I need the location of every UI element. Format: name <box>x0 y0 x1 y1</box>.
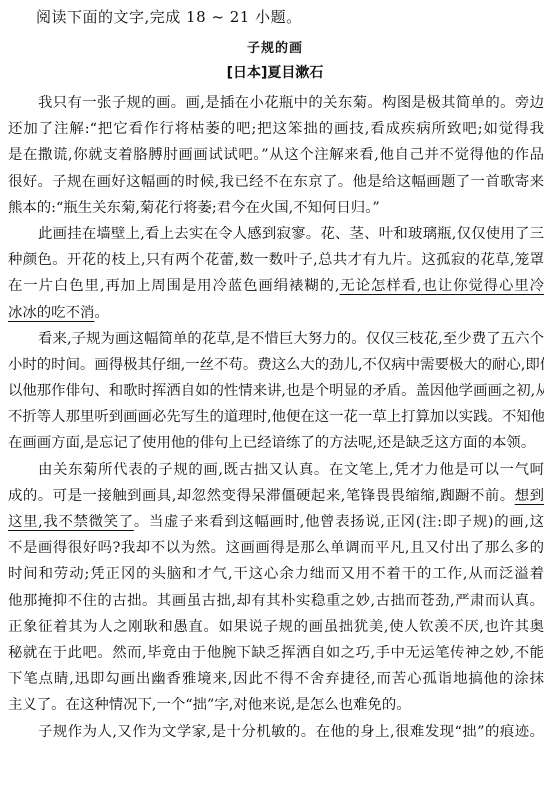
text-line: 还加了注解:“把它看作行将枯萎的吧;把这笨拙的画技,看成疾病所致吧;如觉得我 <box>8 116 544 142</box>
text-segment: 时间和劳动;凭正冈的头脑和才气,干这心余力绌而又用不着干的工作,从而泛溢着 <box>8 566 544 582</box>
document-page: 阅读下面的文字,完成 18 ~ 21 小题。 子规的画 [日本]夏目漱石 我只有… <box>0 0 550 788</box>
underlined-sentence: 这里,我不禁微笑了 <box>8 514 134 530</box>
text-line: 以他那作俳句、和歌时挥洒自如的性情来讲,也是个明显的矛盾。盖因他学画画之初,从 <box>8 378 544 404</box>
text-segment: 。当虚子来看到这幅画时,他曾表扬说,正冈(注:即子规)的画,这 <box>134 514 544 530</box>
text-segment: 在画画方面,是忘记了使用他的俳句上已经谙练了的方法呢,还是缺乏这方面的本领。 <box>8 435 535 451</box>
text-line: 熊本的:“瓶生关东菊,菊花行将萎;君今在火国,不知何日归。” <box>8 195 544 221</box>
text-segment: 在一片白色里,再加上周围是用冷蓝色画绢裱糊的, <box>8 278 340 294</box>
underlined-sentence: 无论怎样看,也让你觉得心里冷 <box>340 278 544 294</box>
text-segment: 下笔点睛,迅即勾画出幽香雅境来,因此不得不舍弃捷径,而苦心孤诣地搞他的涂抹 <box>8 671 544 687</box>
article-body: 我只有一张子规的画。画,是插在小花瓶中的关东菊。构图是极其简单的。旁边还加了注解… <box>8 90 544 745</box>
text-segment: 不折等人那里听到画画必先写生的道理时,他便在这一花一草上打算加以实践。不知他 <box>8 409 544 425</box>
text-line: 子规作为人,又作为文学家,是十分机敏的。在他的身上,很难发现“拙”的痕迹。 <box>8 719 544 745</box>
text-segment: 看来,子规为画这幅简单的花草,是不惜巨大努力的。仅仅三枝花,至少费了五六个 <box>38 331 544 347</box>
text-line: 由关东菊所代表的子规的画,既古拙又认真。在文笔上,凭才力他是可以一气呵 <box>8 457 544 483</box>
text-line: 很好。子规在画好这幅画的时候,我已经不在东京了。他是给这幅画题了一首歌寄来 <box>8 169 544 195</box>
text-segment: 成的。可是一接触到画具,却忽然变得呆滞僵硬起来,笔锋畏畏缩缩,踟蹰不前。 <box>8 488 515 504</box>
text-line: 在画画方面,是忘记了使用他的俳句上已经谙练了的方法呢,还是缺乏这方面的本领。 <box>8 430 544 456</box>
text-segment: 正象征着其为人之刚耿和愚直。如果说子规的画虽拙犹美,使人钦羡不厌,也许其奥 <box>8 619 544 635</box>
article-author: [日本]夏目漱石 <box>0 62 550 82</box>
text-line: 此画挂在墙壁上,看上去实在令人感到寂寥。花、茎、叶和玻璃瓶,仅仅使用了三 <box>8 221 544 247</box>
text-segment: 秘就在于此吧。然而,毕竟由于他腕下缺乏挥洒自如之巧,手中无运笔传神之妙,不能 <box>8 645 544 661</box>
text-line: 秘就在于此吧。然而,毕竟由于他腕下缺乏挥洒自如之巧,手中无运笔传神之妙,不能 <box>8 640 544 666</box>
text-line: 在一片白色里,再加上周围是用冷蓝色画绢裱糊的,无论怎样看,也让你觉得心里冷 <box>8 273 544 299</box>
text-segment: 小时的时间。画得极其仔细,一丝不苟。费这么大的劲儿,不仅病中需要极大的耐心,即使 <box>8 357 544 373</box>
text-segment: 不是画得很好吗?我却不以为然。这画画得是那么单调而平凡,且又付出了那么多的 <box>8 540 544 556</box>
text-line: 是在撒谎,你就支着胳膊肘画画试试吧。”从这个注解来看,他自己并不觉得他的作品 <box>8 142 544 168</box>
text-line: 主义了。在这种情况下,一个“拙”字,对他来说,是怎么也难免的。 <box>8 692 544 718</box>
text-segment: 子规作为人,又作为文学家,是十分机敏的。在他的身上,很难发现“拙”的痕迹。 <box>38 724 544 740</box>
text-segment: 他那掩抑不住的古拙。其画虽古拙,却有其朴实稳重之妙,古拙而苍劲,严肃而认真。 <box>8 593 544 609</box>
text-segment: 由关东菊所代表的子规的画,既古拙又认真。在文笔上,凭才力他是可以一气呵 <box>38 462 544 478</box>
text-line: 下笔点睛,迅即勾画出幽香雅境来,因此不得不舍弃捷径,而苦心孤诣地搞他的涂抹 <box>8 666 544 692</box>
text-segment: 是在撒谎,你就支着胳膊肘画画试试吧。”从这个注解来看,他自己并不觉得他的作品 <box>8 147 544 163</box>
text-line: 成的。可是一接触到画具,却忽然变得呆滞僵硬起来,笔锋畏畏缩缩,踟蹰不前。想到 <box>8 483 544 509</box>
underlined-sentence: 想到 <box>515 488 544 504</box>
text-line: 不折等人那里听到画画必先写生的道理时,他便在这一花一草上打算加以实践。不知他 <box>8 404 544 430</box>
text-line: 正象征着其为人之刚耿和愚直。如果说子规的画虽拙犹美,使人钦羡不厌,也许其奥 <box>8 614 544 640</box>
text-segment: 种颜色。开花的枝上,只有两个花蕾,数一数叶子,总共才有九片。这孤寂的花草,笼罩 <box>8 252 544 268</box>
text-line: 看来,子规为画这幅简单的花草,是不惜巨大努力的。仅仅三枝花,至少费了五六个 <box>8 326 544 352</box>
text-line: 他那掩抑不住的古拙。其画虽古拙,却有其朴实稳重之妙,古拙而苍劲,严肃而认真。 <box>8 588 544 614</box>
text-line: 我只有一张子规的画。画,是插在小花瓶中的关东菊。构图是极其简单的。旁边 <box>8 90 544 116</box>
text-segment: 。 <box>94 305 108 321</box>
text-line: 小时的时间。画得极其仔细,一丝不苟。费这么大的劲儿,不仅病中需要极大的耐心,即使 <box>8 352 544 378</box>
article-title: 子规的画 <box>0 37 550 56</box>
text-segment: 此画挂在墙壁上,看上去实在令人感到寂寥。花、茎、叶和玻璃瓶,仅仅使用了三 <box>38 226 544 242</box>
text-segment: 以他那作俳句、和歌时挥洒自如的性情来讲,也是个明显的矛盾。盖因他学画画之初,从 <box>8 383 544 399</box>
text-segment: 熊本的:“瓶生关东菊,菊花行将萎;君今在火国,不知何日归。” <box>8 200 380 216</box>
text-segment: 还加了注解:“把它看作行将枯萎的吧;把这笨拙的画技,看成疾病所致吧;如觉得我 <box>8 121 544 137</box>
text-line: 这里,我不禁微笑了。当虚子来看到这幅画时,他曾表扬说,正冈(注:即子规)的画,这 <box>8 509 544 535</box>
text-segment: 我只有一张子规的画。画,是插在小花瓶中的关东菊。构图是极其简单的。旁边 <box>38 95 544 111</box>
question-instruction: 阅读下面的文字,完成 18 ~ 21 小题。 <box>36 6 302 27</box>
text-segment: 很好。子规在画好这幅画的时候,我已经不在东京了。他是给这幅画题了一首歌寄来 <box>8 174 544 190</box>
text-line: 种颜色。开花的枝上,只有两个花蕾,数一数叶子,总共才有九片。这孤寂的花草,笼罩 <box>8 247 544 273</box>
text-line: 时间和劳动;凭正冈的头脑和才气,干这心余力绌而又用不着干的工作,从而泛溢着 <box>8 561 544 587</box>
text-segment: 主义了。在这种情况下,一个“拙”字,对他来说,是怎么也难免的。 <box>8 697 411 713</box>
underlined-sentence: 冰冰的吃不消 <box>8 305 94 321</box>
text-line: 不是画得很好吗?我却不以为然。这画画得是那么单调而平凡,且又付出了那么多的 <box>8 535 544 561</box>
text-line: 冰冰的吃不消。 <box>8 300 544 326</box>
